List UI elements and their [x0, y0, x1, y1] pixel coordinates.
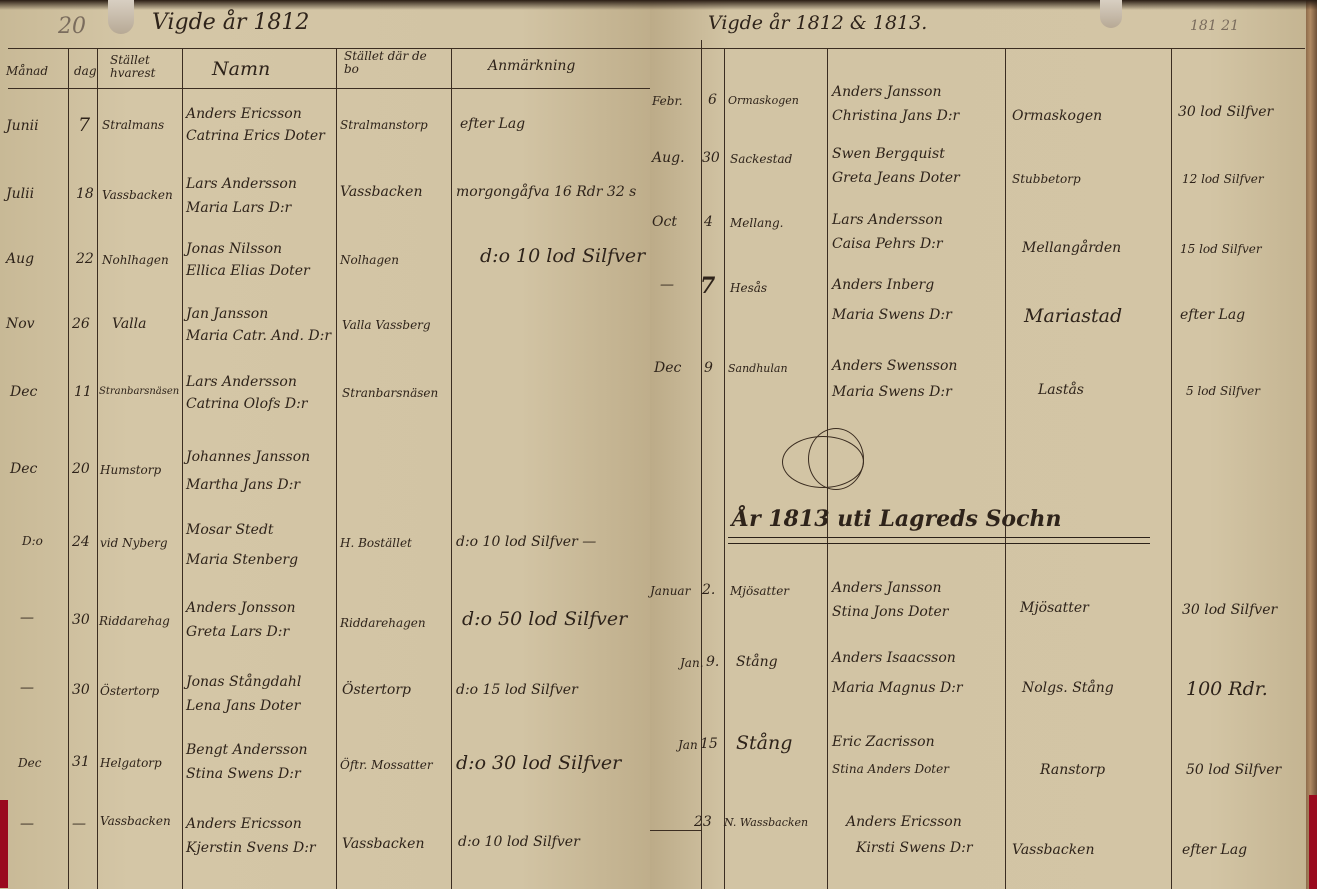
entry-residence: Stralmanstorp: [340, 118, 428, 132]
entry-residence: Ormaskogen: [1012, 108, 1102, 124]
entry-residence: Öftr. Mossatter: [340, 758, 433, 772]
col-divider: [68, 48, 69, 889]
entry-remark: d:o 50 lod Silfver: [462, 608, 627, 630]
entry-groom: Anders Ericsson: [186, 106, 302, 122]
entry-residence: Ranstorp: [1040, 762, 1105, 778]
entry-residence: Nolhagen: [340, 253, 399, 267]
section-double-rule: [728, 537, 1150, 544]
entry-place: Vassbacken: [102, 188, 173, 202]
entry-residence: Mjösatter: [1020, 600, 1089, 616]
entry-remark: efter Lag: [1180, 307, 1245, 323]
entry-residence: Nolgs. Stång: [1022, 680, 1114, 696]
entry-day: 23: [694, 814, 712, 830]
entry-day: 4: [704, 214, 713, 230]
entry-month: Junii: [6, 118, 39, 134]
entry-day: 15: [700, 736, 718, 752]
entry-place: Valla: [112, 316, 146, 332]
entry-groom: Jonas Nilsson: [186, 241, 282, 257]
entry-remark: morgongåfva 16 Rdr 32 s: [456, 184, 636, 200]
entry-month: Julii: [6, 186, 34, 202]
entry-remark: 12 lod Silfver: [1182, 172, 1264, 186]
col-divider: [451, 48, 452, 889]
entry-place: Stranbarsnäsen: [99, 386, 179, 397]
col-header-month: Månad: [6, 64, 48, 78]
entry-month: Dec: [654, 360, 681, 376]
entry-groom: Lars Andersson: [832, 212, 943, 228]
entry-day: 11: [74, 384, 92, 400]
entry-month: Jan.: [680, 656, 704, 670]
entry-bride: Catrina Olofs D:r: [186, 396, 308, 412]
entry-bride: Kirsti Swens D:r: [856, 840, 973, 856]
entry-remark: 15 lod Silfver: [1180, 242, 1262, 256]
entry-month: Jan: [678, 738, 698, 752]
entry-groom: Jan Jansson: [186, 306, 268, 322]
col-divider: [1005, 48, 1006, 889]
entry-month: —: [660, 277, 674, 293]
entry-remark: d:o 10 lod Silfver —: [456, 534, 596, 550]
entry-residence: Vassbacken: [340, 184, 422, 200]
entry-bride: Maria Stenberg: [186, 552, 298, 568]
entry-bride: Lena Jans Doter: [186, 698, 300, 714]
bookmark-tab-left: [108, 0, 134, 34]
entry-place: Stång: [736, 654, 778, 670]
entry-bride: Maria Swens D:r: [832, 384, 952, 400]
entry-residence: Mellangården: [1022, 240, 1121, 256]
book-edge: [1306, 0, 1317, 889]
entry-remark: 30 lod Silfver: [1182, 602, 1277, 618]
entry-groom: Anders Ericsson: [186, 816, 302, 832]
left-page-number: 20: [58, 14, 86, 39]
entry-residence: Vassbacken: [1012, 842, 1094, 858]
entry-day: 24: [72, 534, 90, 550]
entry-day: 6: [708, 92, 717, 108]
entry-residence: H. Bostället: [340, 536, 412, 550]
entry-month: Dec: [18, 756, 41, 770]
right-page-heading: Vigde år 1812 & 1813.: [708, 12, 927, 34]
entry-bride: Stina Anders Doter: [832, 762, 949, 776]
entry-month: Aug.: [652, 150, 685, 166]
left-page-heading: Vigde år 1812: [152, 10, 309, 35]
entry-month: Dec: [10, 384, 37, 400]
entry-groom: Lars Andersson: [186, 176, 297, 192]
col-divider: [724, 48, 725, 889]
entry-bride: Caisa Pehrs D:r: [832, 236, 943, 252]
entry-remark: 30 lod Silfver: [1178, 104, 1273, 120]
col-header-day: dag: [74, 64, 97, 78]
entry-month: D:o: [22, 534, 43, 548]
red-marker-left: [0, 800, 8, 888]
entry-day: 20: [72, 461, 90, 477]
entry-bride: Maria Swens D:r: [832, 307, 952, 323]
entry-groom: Anders Jansson: [832, 580, 942, 596]
col-header-residence: Stället där de bo: [344, 50, 444, 76]
col-header-name: Namn: [212, 58, 270, 80]
entry-place: Humstorp: [100, 463, 161, 477]
entry-groom: Anders Jansson: [832, 84, 942, 100]
entry-remark: efter Lag: [1182, 842, 1247, 858]
entry-month: Nov: [6, 316, 35, 332]
entry-bride: Stina Jons Doter: [832, 604, 948, 620]
entry-day: 30: [72, 682, 90, 698]
entry-month: Aug: [6, 251, 34, 267]
entry-place: Hesås: [730, 281, 767, 295]
entry-place: Ormaskogen: [728, 94, 799, 107]
entry-groom: Lars Andersson: [186, 374, 297, 390]
register-spread: 20 Vigde år 1812 Månad dag Stället hvare…: [0, 0, 1317, 889]
right-page: [650, 0, 1308, 889]
entry-place: Mellang.: [730, 216, 783, 230]
entry-residence: Lastås: [1038, 382, 1084, 398]
entry-bride: Greta Jeans Doter: [832, 170, 960, 186]
entry-groom: Jonas Stångdahl: [186, 674, 301, 690]
row-rule: [650, 830, 702, 831]
entry-groom: Swen Bergquist: [832, 146, 945, 162]
col-divider: [182, 48, 183, 889]
entry-place: Riddarehag: [99, 614, 170, 628]
entry-month: Oct: [652, 214, 677, 230]
entry-bride: Christina Jans D:r: [832, 108, 959, 124]
entry-residence: Mariastad: [1024, 305, 1122, 327]
entry-month: —: [20, 816, 34, 832]
entry-place: Östertorp: [100, 684, 159, 698]
entry-day: 9: [704, 360, 713, 376]
entry-bride: Maria Lars D:r: [186, 200, 291, 216]
right-page-number: 181 21: [1190, 18, 1239, 34]
col-divider: [701, 40, 702, 889]
entry-day: 7: [700, 273, 715, 299]
entry-day: 30: [702, 150, 720, 166]
entry-day: —: [72, 816, 86, 832]
entry-place: Mjösatter: [730, 584, 789, 598]
col-divider: [97, 48, 98, 889]
header-rule-bottom: [8, 88, 650, 89]
entry-groom: Mosar Stedt: [186, 522, 274, 538]
entry-day: 7: [78, 114, 90, 136]
entry-place: vid Nyberg: [100, 536, 168, 550]
header-rule-right: [650, 48, 1305, 49]
section-heading-1813: År 1813 uti Lagreds Sochn: [732, 506, 1061, 532]
entry-groom: Eric Zacrisson: [832, 734, 935, 750]
col-header-remark: Anmärkning: [488, 58, 575, 74]
entry-day: 26: [72, 316, 90, 332]
entry-place: N. Wassbacken: [724, 816, 808, 829]
col-divider: [336, 48, 337, 889]
entry-place: Stralmans: [102, 118, 164, 132]
entry-groom: Anders Swensson: [832, 358, 957, 374]
entry-residence: Riddarehagen: [340, 616, 426, 630]
entry-residence: Vassbacken: [342, 836, 424, 852]
entry-place: Vassbacken: [100, 814, 171, 828]
entry-day: 30: [72, 612, 90, 628]
entry-place: Sackestad: [730, 152, 792, 166]
entry-residence: Stranbarsnäsen: [342, 386, 438, 400]
entry-groom: Anders Ericsson: [846, 814, 962, 830]
entry-month: —: [20, 610, 34, 626]
entry-place: Nohlhagen: [102, 253, 169, 267]
entry-month: Januar: [650, 584, 690, 598]
entry-bride: Maria Catr. And. D:r: [186, 328, 331, 344]
col-header-place: Stället hvarest: [110, 54, 180, 80]
decorative-flourish: [808, 428, 864, 490]
entry-bride: Kjerstin Svens D:r: [186, 840, 316, 856]
entry-groom: Johannes Jansson: [186, 449, 310, 465]
entry-residence: Stubbetorp: [1012, 172, 1081, 186]
entry-day: 9.: [706, 654, 719, 670]
entry-place: Sandhulan: [728, 362, 788, 375]
entry-day: 22: [76, 251, 94, 267]
entry-bride: Greta Lars D:r: [186, 624, 289, 640]
entry-remark: efter Lag: [460, 116, 525, 132]
entry-day: 31: [72, 754, 90, 770]
red-marker-right: [1309, 795, 1317, 889]
entry-place: Helgatorp: [100, 756, 162, 770]
entry-month: Dec: [10, 461, 37, 477]
entry-place: Stång: [736, 732, 792, 754]
entry-groom: Bengt Andersson: [186, 742, 308, 758]
entry-remark: 50 lod Silfver: [1186, 762, 1281, 778]
entry-bride: Stina Swens D:r: [186, 766, 301, 782]
col-divider: [1171, 48, 1172, 889]
entry-remark: d:o 10 lod Silfver: [458, 834, 580, 850]
entry-remark: d:o 15 lod Silfver: [456, 682, 578, 698]
entry-month: Febr.: [652, 94, 683, 108]
entry-bride: Maria Magnus D:r: [832, 680, 963, 696]
entry-remark: d:o 30 lod Silfver: [456, 752, 621, 774]
entry-remark: 100 Rdr.: [1186, 678, 1268, 700]
entry-bride: Martha Jans D:r: [186, 477, 300, 493]
entry-bride: Catrina Erics Doter: [186, 128, 325, 144]
entry-groom: Anders Inberg: [832, 277, 934, 293]
bookmark-tab-right: [1100, 0, 1122, 28]
entry-groom: Anders Isaacsson: [832, 650, 956, 666]
entry-day: 2.: [702, 582, 715, 598]
header-rule-top: [8, 48, 650, 49]
entry-remark: 5 lod Silfver: [1186, 384, 1260, 398]
entry-remark: d:o 10 lod Silfver: [480, 245, 645, 267]
entry-month: —: [20, 680, 34, 696]
entry-groom: Anders Jonsson: [186, 600, 296, 616]
entry-bride: Ellica Elias Doter: [186, 263, 310, 279]
entry-residence: Valla Vassberg: [342, 318, 431, 332]
entry-residence: Östertorp: [342, 682, 411, 698]
entry-day: 18: [76, 186, 94, 202]
